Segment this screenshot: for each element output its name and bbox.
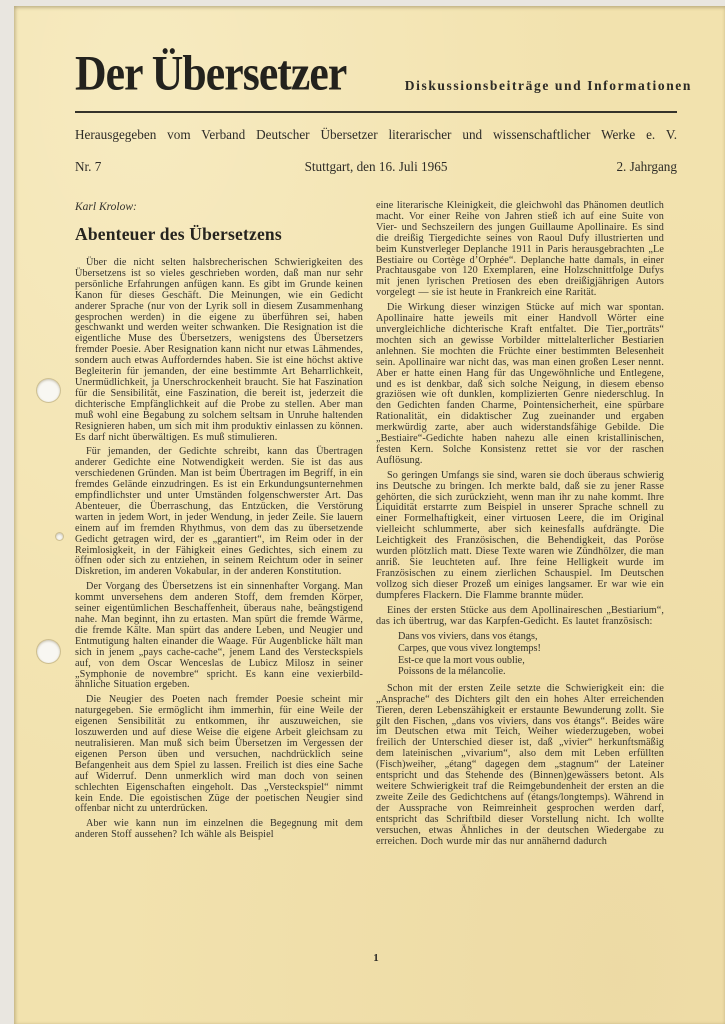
left-column: Karl Krolow: Abenteuer des Übersetzens Ü… — [75, 201, 363, 851]
article-author: Karl Krolow: — [75, 201, 363, 213]
poem-line: Est-ce que la mort vous oublie, — [398, 655, 664, 667]
article-paragraph: Aber wie kann nun im einzelnen die Begeg… — [75, 819, 363, 841]
article-paragraph: Über die nicht selten halsbrecherischen … — [75, 258, 363, 443]
newsletter-title: Der Übersetzer — [75, 49, 346, 99]
issue-place-date: Stuttgart, den 16. Juli 1965 — [305, 159, 448, 175]
issue-volume: 2. Jahrgang — [447, 159, 677, 175]
article-columns: Karl Krolow: Abenteuer des Übersetzens Ü… — [75, 201, 677, 851]
article-paragraph: Für jemanden, der Gedichte schreibt, kan… — [75, 447, 363, 578]
issue-number: Nr. 7 — [75, 159, 305, 175]
header-rule — [75, 111, 677, 113]
poem-line: Poissons de la mélancolie. — [398, 666, 664, 678]
page-content: Der Übersetzer Diskussionsbeiträge und I… — [75, 52, 677, 851]
article-paragraph: So geringen Umfangs sie sind, waren sie … — [376, 471, 664, 602]
article-title: Abenteuer des Übersetzens — [75, 224, 363, 245]
issue-info-row: Nr. 7 Stuttgart, den 16. Juli 1965 2. Ja… — [75, 159, 677, 175]
poem-line: Carpes, que vous vivez longtemps! — [398, 643, 664, 655]
publisher-line: Herausgegeben vom Verband Deutscher Über… — [75, 127, 677, 143]
article-paragraph: Der Vorgang des Übersetzens ist ein sinn… — [75, 582, 363, 691]
page-number: 1 — [362, 952, 390, 964]
newsletter-subtitle: Diskussionsbeiträge und Informationen — [405, 78, 692, 94]
article-paragraph: Die Neugier des Poeten nach fremder Poes… — [75, 695, 363, 815]
punch-hole-bottom — [37, 640, 60, 663]
punch-hole-top — [37, 379, 60, 402]
article-paragraph: Schon mit der ersten Zeile setzte die Sc… — [376, 684, 664, 848]
punch-hole-small — [56, 533, 63, 540]
article-paragraph: Die Wirkung dieser winzigen Stücke auf m… — [376, 303, 664, 467]
article-paragraph: eine literarische Kleinigkeit, die gleic… — [376, 201, 664, 299]
right-column: eine literarische Kleinigkeit, die gleic… — [376, 201, 664, 851]
masthead: Der Übersetzer Diskussionsbeiträge und I… — [75, 52, 677, 99]
article-paragraph: Eines der ersten Stücke aus dem Apollina… — [376, 606, 664, 628]
french-poem: Dans vos viviers, dans vos étangs, Carpe… — [398, 631, 664, 677]
scanned-page: Der Übersetzer Diskussionsbeiträge und I… — [14, 6, 725, 1024]
poem-line: Dans vos viviers, dans vos étangs, — [398, 631, 664, 643]
